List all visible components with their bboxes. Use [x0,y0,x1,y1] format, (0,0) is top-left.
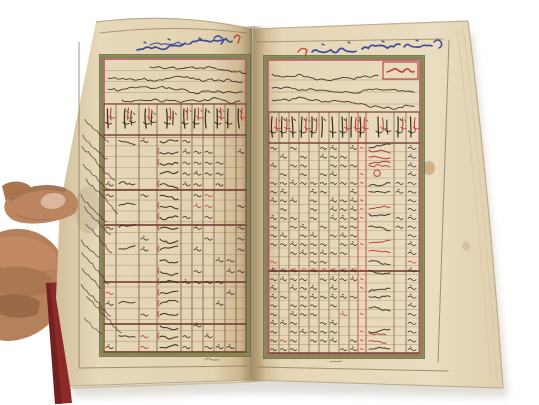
gutter-shadow [240,26,266,382]
page-stain-small [462,241,470,251]
thumb-shadow [75,186,101,234]
photo [0,0,539,405]
